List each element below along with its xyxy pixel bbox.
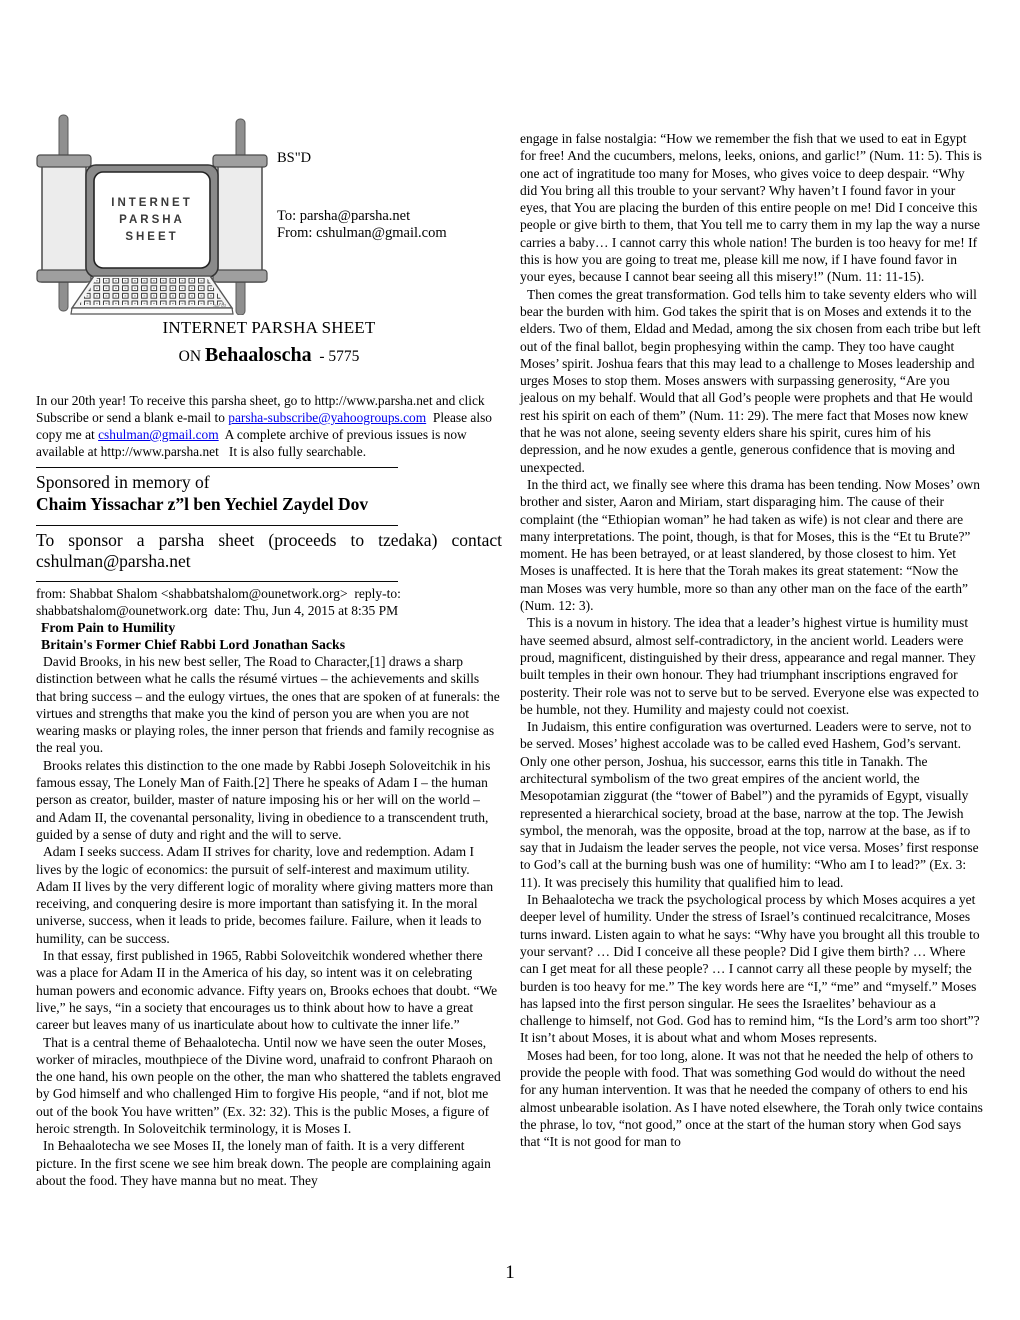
article-heading: From Pain to Humility [36,619,502,636]
divider [36,581,398,582]
monitor-icon: INTERNET PARSHA SHEET [86,165,218,277]
paragraph: Then comes the great transformation. God… [520,286,984,476]
torah-scroll-computer-icon: INTERNET PARSHA SHEET aaf 03 [36,110,268,315]
sponsor-contact-line1: To sponsor a parsha sheet (proceeds to t… [36,530,502,551]
paragraph: engage in false nostalgia: “How we remem… [520,130,984,286]
divider [36,467,398,468]
article-body-left: David Brooks, in his new best seller, Th… [36,653,502,1189]
address-block: To: parsha@parsha.net From: cshulman@gma… [277,208,447,242]
article-source-line: from: Shabbat Shalom <shabbatshalom@oune… [36,585,502,619]
from-line: From: cshulman@gmail.com [277,225,447,242]
sponsored-name: Chaim Yissachar z”l ben Yechiel Zaydel D… [36,493,502,516]
keyboard-icon: aaf 03 [71,276,233,314]
paragraph: David Brooks, in his new best seller, Th… [36,653,502,757]
page-header: INTERNET PARSHA SHEET aaf 03 BS"D To: pa… [36,110,502,316]
paragraph: That is a central theme of Behaalotecha.… [36,1034,502,1138]
scroll-roller-left [37,155,91,282]
paragraph: In Behaalotecha we track the psychologic… [520,891,984,1047]
page-subtitle: ON Behaaloscha - 5775 [36,342,502,370]
sponsor-contact-line2: cshulman@parsha.net [36,551,502,572]
subscribe-email-link[interactable]: parsha-subscribe@yahoogroups.com [228,410,426,425]
subscription-note: In our 20th year! To receive this parsha… [36,392,502,460]
paragraph: Adam I seeks success. Adam II strives fo… [36,843,502,947]
left-column: INTERNET PARSHA SHEET aaf 03 BS"D To: pa… [36,110,502,1189]
logo-screen-line3: SHEET [125,231,178,243]
bsd-label: BS"D [277,150,311,167]
article-author-heading: Britain's Former Chief Rabbi Lord Jonath… [36,636,502,653]
paragraph: This is a novum in history. The idea tha… [520,614,984,718]
divider [36,525,398,526]
internet-parsha-sheet-logo: INTERNET PARSHA SHEET aaf 03 [36,110,268,315]
sponsor-contact-note: To sponsor a parsha sheet (proceeds to t… [36,530,502,571]
logo-signature: aaf 03 [213,303,226,308]
paragraph: Brooks relates this distinction to the o… [36,757,502,843]
page-title: INTERNET PARSHA SHEET [36,318,502,338]
sponsored-label: Sponsored in memory of [36,472,502,493]
paragraph: In the third act, we finally see where t… [520,476,984,614]
cshulman-email-link[interactable]: cshulman@gmail.com [98,427,219,442]
page-number: 1 [0,1262,1020,1284]
article-body-right: engage in false nostalgia: “How we remem… [520,130,984,1151]
logo-screen-line2: PARSHA [119,214,185,226]
to-line: To: parsha@parsha.net [277,208,447,225]
paragraph: In Judaism, this entire configuration wa… [520,718,984,891]
subtitle-year: - 5775 [312,348,360,365]
paragraph: In that essay, first published in 1965, … [36,947,502,1033]
parsha-sheet-page: INTERNET PARSHA SHEET aaf 03 BS"D To: pa… [0,0,1020,1320]
parsha-name: Behaaloscha [205,344,312,366]
paragraph: Moses had been, for too long, alone. It … [520,1047,984,1151]
subtitle-on: ON [179,348,205,365]
logo-screen-line1: INTERNET [111,197,193,209]
paragraph: In Behaalotecha we see Moses II, the lon… [36,1137,502,1189]
scroll-roller-right [213,155,267,282]
